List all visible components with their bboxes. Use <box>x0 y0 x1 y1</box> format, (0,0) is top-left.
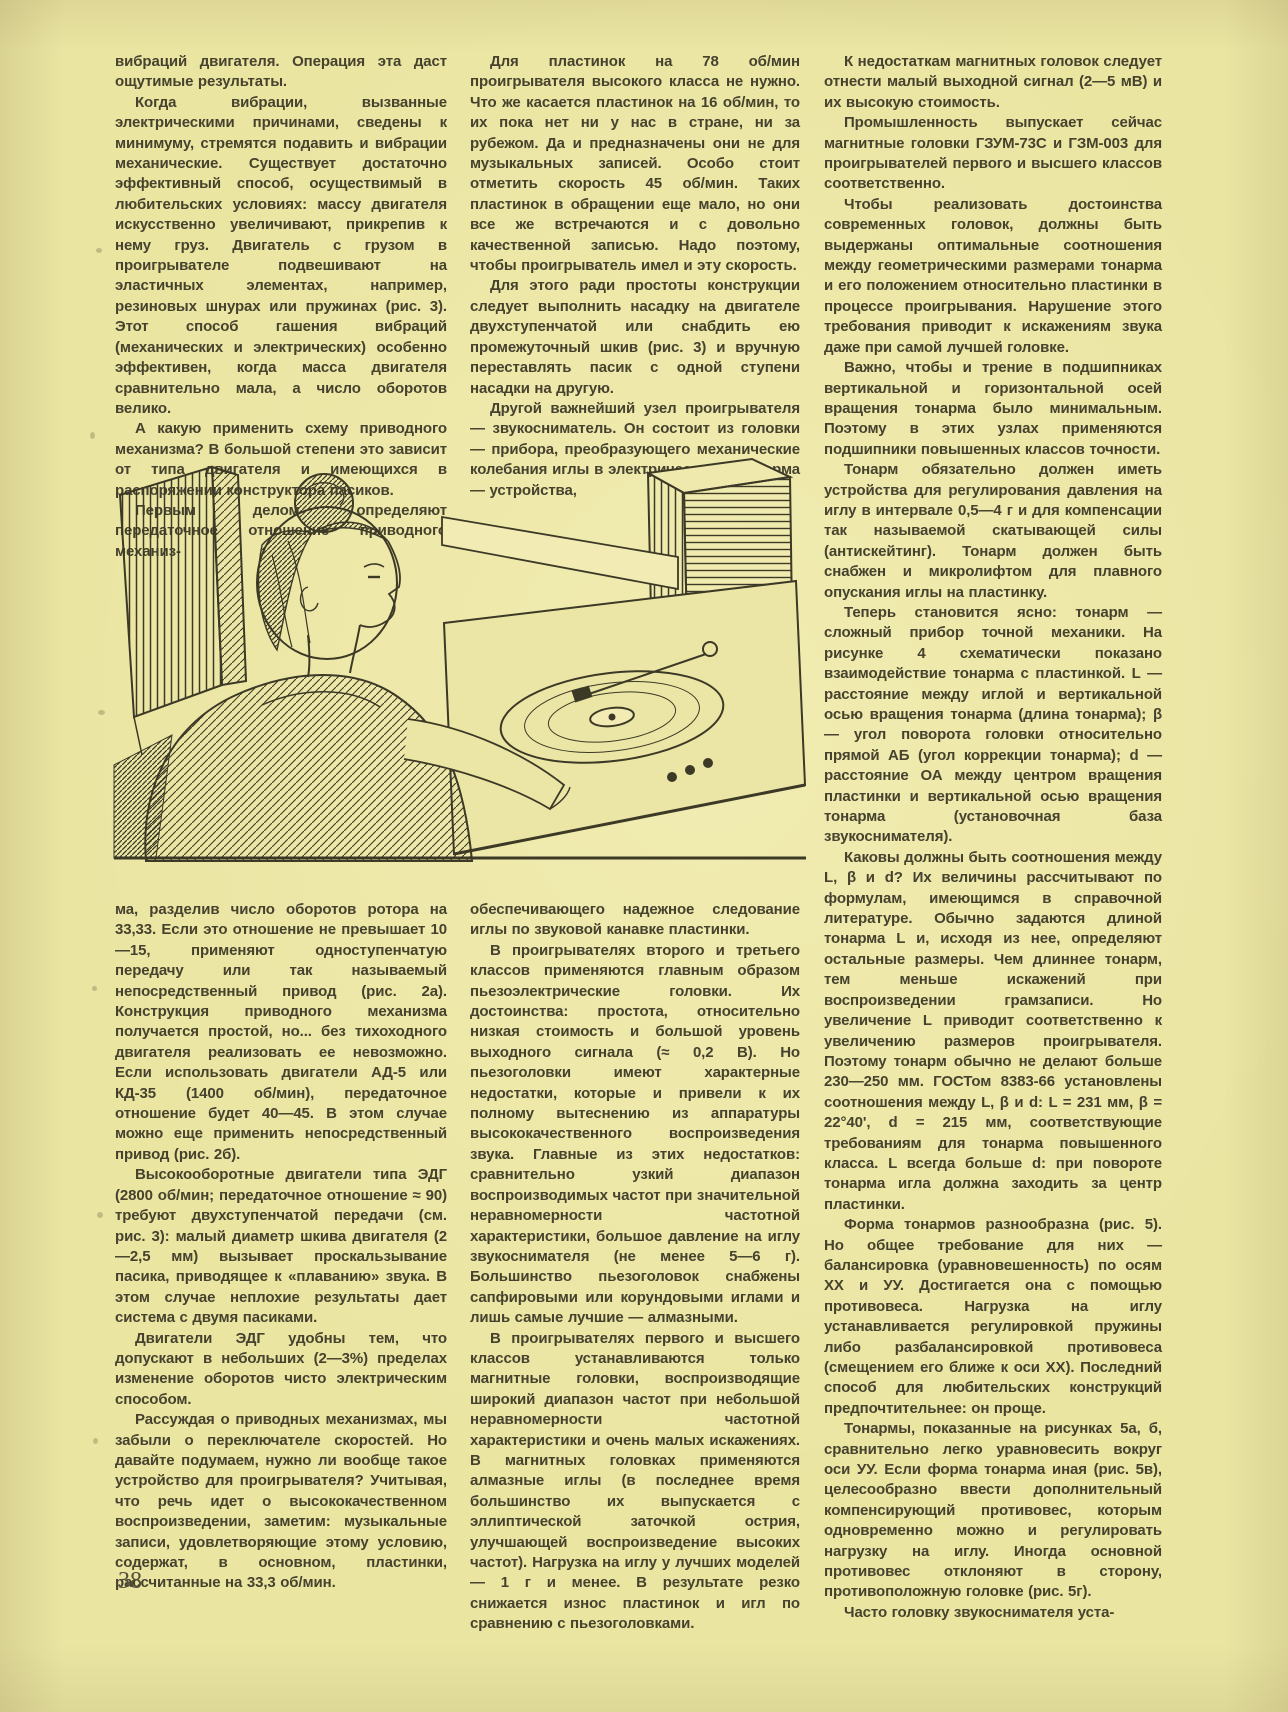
paragraph: Высокооборотные двигатели типа ЭДГ (2800… <box>115 1165 447 1328</box>
column-right: К недостаткам магнитных головок следует … <box>824 52 1162 1623</box>
paragraph: Часто головку звукоснимателя уста- <box>824 1603 1162 1623</box>
paragraph: Теперь становится ясно: тонарм — сложный… <box>824 603 1162 848</box>
paper-speck <box>90 432 95 439</box>
neck <box>308 625 360 677</box>
paragraph: К недостаткам магнитных головок следует … <box>824 52 1162 113</box>
page-number: 38 <box>118 1568 142 1595</box>
paragraph: Каковы должны быть соотношения между L, … <box>824 848 1162 1215</box>
hair <box>258 522 388 650</box>
paper-speck <box>97 1212 103 1218</box>
paragraph: Чтобы реализовать достоинства современны… <box>824 195 1162 358</box>
eyebrow <box>364 564 384 567</box>
turntable <box>444 581 805 854</box>
paper-speck <box>93 1438 98 1444</box>
lamp-wedge <box>442 517 678 589</box>
face-profile <box>360 541 400 627</box>
paragraph: ма, разделив число оборотов ротора на 33… <box>115 900 447 1165</box>
paragraph: Рассуждая о приводных механизмах, мы заб… <box>115 1410 447 1594</box>
shoulders <box>145 675 472 861</box>
paragraph: Промышленность выпускает сейчас магнитны… <box>824 113 1162 195</box>
paragraph: Тонарм обязательно должен иметь устройст… <box>824 460 1162 603</box>
paragraph: вибраций двигателя. Операция эта даст ощ… <box>115 52 447 93</box>
paper-speck <box>98 710 105 715</box>
knob <box>668 773 676 781</box>
paragraph: Для пластинок на 78 об/мин проигрывателя… <box>470 52 800 276</box>
magazine-page: вибраций двигателя. Операция эта даст ощ… <box>0 0 1288 1712</box>
paragraph: Тонармы, показанные на рисунках 5а, б, с… <box>824 1419 1162 1603</box>
paragraph: В проигрывателях второго и третьего клас… <box>470 941 800 1329</box>
illustration-woman-turntable <box>112 455 808 867</box>
paragraph: Двигатели ЭДГ удобны тем, что допускают … <box>115 1329 447 1411</box>
column-middle-top: Для пластинок на 78 об/мин проигрывателя… <box>470 52 800 501</box>
paragraph: обеспечивающего надежное следование иглы… <box>470 900 800 941</box>
paragraph: Для этого ради простоты конструкции след… <box>470 276 800 398</box>
paper-speck <box>96 248 102 253</box>
paper-speck <box>92 986 97 991</box>
column-middle-bottom: обеспечивающего надежное следование иглы… <box>470 900 800 1635</box>
paragraph: Когда вибрации, вызванные электрическими… <box>115 93 447 420</box>
knob <box>686 766 694 774</box>
paragraph: Важно, чтобы и трение в подшипниках верт… <box>824 358 1162 460</box>
knob <box>704 759 712 767</box>
paragraph: Форма тонармов разнообразна (рис. 5). Но… <box>824 1215 1162 1419</box>
column-left-bottom: ма, разделив число оборотов ротора на 33… <box>115 900 447 1594</box>
paragraph: В проигрывателях первого и высшего класс… <box>470 1329 800 1635</box>
